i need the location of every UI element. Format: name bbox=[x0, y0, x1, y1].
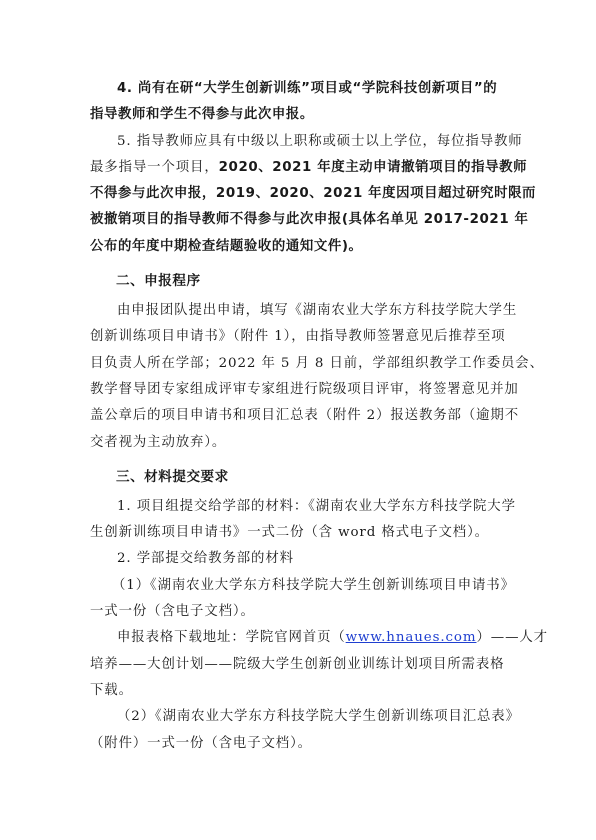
item5-line3: 不得参与此次申报，2019、2020、2021 年度因项目超过研究时限而 bbox=[90, 181, 506, 207]
download-line1: 申报表格下载地址：学院官网首页（www.hnaues.com）——人才 bbox=[90, 625, 506, 651]
item4-line2: 指导教师和学生不得参与此次申报。 bbox=[90, 102, 506, 128]
section3-item2: 2. 学部提交给教务部的材料 bbox=[90, 546, 506, 572]
download-line3: 下载。 bbox=[90, 678, 506, 704]
download-prefix: 申报表格下载地址：学院官网首页（ bbox=[117, 630, 346, 645]
item5-line4: 被撤销项目的指导教师不得参与此次申报(具体名单见 2017-2021 年 bbox=[90, 207, 506, 233]
website-link[interactable]: www.hnaues.com bbox=[346, 630, 477, 645]
item4-line1: 4. 尚有在研“大学生创新训练”项目或“学院科技创新项目”的 bbox=[90, 76, 506, 102]
section3-sub1-line1: （1）《湖南农业大学东方科技学院大学生创新训练项目申请书》 bbox=[90, 573, 506, 599]
section2-line6: 交者视为主动放弃）。 bbox=[90, 430, 506, 456]
section2-line4: 教学督导团专家组成评审专家组进行院级项目评审，将签署意见并加 bbox=[90, 377, 506, 403]
item5-line2-regular: 最多指导一个项目， bbox=[90, 160, 219, 175]
section3-sub1-line2: 一式一份（含电子文档）。 bbox=[90, 599, 506, 625]
section2-line2: 创新训练项目申请书》（附件 1），由指导教师签署意见后推荐至项 bbox=[90, 324, 506, 350]
section2-line3: 目负责人所在学部；2022 年 5 月 8 日前，学部组织教学工作委员会、 bbox=[90, 351, 506, 377]
section3-sub2-line2: （附件）一式一份（含电子文档）。 bbox=[90, 731, 506, 757]
item5-line2: 最多指导一个项目，2020、2021 年度主动申请撤销项目的指导教师 bbox=[90, 155, 506, 181]
item5-line1: 5. 指导教师应具有中级以上职称或硕士以上学位，每位指导教师 bbox=[90, 129, 506, 155]
section3-sub2-line1: （2）《湖南农业大学东方科技学院大学生创新训练项目汇总表》 bbox=[90, 704, 506, 730]
section2-heading: 二、申报程序 bbox=[90, 264, 506, 298]
download-suffix: ）——人才 bbox=[476, 630, 547, 645]
section3-item1-line2: 生创新训练项目申请书》一式二份（含 word 格式电子文档）。 bbox=[90, 520, 506, 546]
section3-heading: 三、材料提交要求 bbox=[90, 460, 506, 494]
item5-line5: 公布的年度中期检查结题验收的通知文件)。 bbox=[90, 234, 506, 260]
section2-line5: 盖公章后的项目申请书和项目汇总表（附件 2）报送教务部（逾期不 bbox=[90, 403, 506, 429]
section3-item1-line1: 1. 项目组提交给学部的材料：《湖南农业大学东方科技学院大学 bbox=[90, 494, 506, 520]
download-line2: 培养——大创计划——院级大学生创新创业训练计划项目所需表格 bbox=[90, 652, 506, 678]
document-page: 4. 尚有在研“大学生创新训练”项目或“学院科技创新项目”的 指导教师和学生不得… bbox=[90, 76, 506, 757]
section2-line1: 由申报团队提出申请，填写《湖南农业大学东方科技学院大学生 bbox=[90, 298, 506, 324]
item5-line2-bold: 2020、2021 年度主动申请撤销项目的指导教师 bbox=[219, 160, 527, 175]
